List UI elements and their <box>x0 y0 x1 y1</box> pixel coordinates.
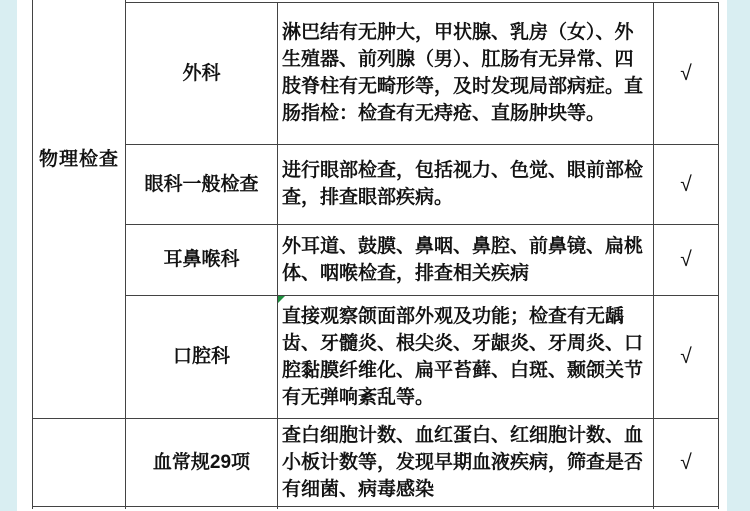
page: 物理检查 外科 淋巴结有无肿大，甲状腺、乳房（女）、外生殖器、前列腺（男）、肛肠… <box>0 0 750 511</box>
checkmark-icon: √ <box>680 62 692 85</box>
table-row-surgery: 外科 淋巴结有无肿大，甲状腺、乳房（女）、外生殖器、前列腺（男）、肛肠有无异常、… <box>33 2 719 144</box>
item-description: 外耳道、鼓膜、鼻咽、鼻腔、前鼻镜、扁桃体、咽喉检查，排查相关疾病 <box>282 236 643 284</box>
item-name: 口腔科 <box>173 346 230 367</box>
checkmark-icon: √ <box>680 345 692 368</box>
exam-items-table: 物理检查 外科 淋巴结有无肿大，甲状腺、乳房（女）、外生殖器、前列腺（男）、肛肠… <box>32 0 719 509</box>
table-row-ent: 耳鼻喉科 外耳道、鼓膜、鼻咽、鼻腔、前鼻镜、扁桃体、咽喉检查，排查相关疾病 √ <box>33 224 719 295</box>
spacer-cell <box>654 506 719 509</box>
item-description-cell: 外耳道、鼓膜、鼻咽、鼻腔、前鼻镜、扁桃体、咽喉检查，排查相关疾病 <box>278 224 654 295</box>
item-check-cell: √ <box>654 295 719 418</box>
category-cell-physical-exam: 物理检查 <box>33 0 126 418</box>
spacer-cell <box>126 506 278 509</box>
item-name: 外科 <box>182 63 220 84</box>
item-check-cell: √ <box>654 418 719 506</box>
spacer-cell <box>33 506 126 509</box>
item-description-cell: 淋巴结有无肿大，甲状腺、乳房（女）、外生殖器、前列腺（男）、肛肠有无异常、四肢脊… <box>278 2 654 144</box>
page-margin-left <box>0 0 17 511</box>
category-label: 物理检查 <box>39 149 119 170</box>
item-description-cell: 进行眼部检查，包括视力、色觉、眼前部检查，排查眼部疾病。 <box>278 144 654 224</box>
item-name-cell: 眼科一般检查 <box>126 144 278 224</box>
item-description-cell: 查白细胞计数、血红蛋白、红细胞计数、血小板计数等，发现早期血液疾病，筛查是否有细… <box>278 418 654 506</box>
checkmark-icon: √ <box>680 451 692 474</box>
item-description: 查白细胞计数、血红蛋白、红细胞计数、血小板计数等，发现早期血液疾病，筛查是否有细… <box>282 425 643 500</box>
item-name: 耳鼻喉科 <box>163 249 239 270</box>
page-margin-right <box>727 0 750 511</box>
cell-corner-marker <box>278 296 285 303</box>
table-bottom-sliver-row <box>33 506 719 509</box>
item-name: 血常规29项 <box>153 452 250 473</box>
table-row-ophthalmology: 眼科一般检查 进行眼部检查，包括视力、色觉、眼前部检查，排查眼部疾病。 √ <box>33 144 719 224</box>
category-cell-next <box>33 418 126 506</box>
item-name-cell: 口腔科 <box>126 295 278 418</box>
table-row-dental: 口腔科 直接观察颌面部外观及功能；检查有无龋齿、牙髓炎、根尖炎、牙龈炎、牙周炎、… <box>33 295 719 418</box>
item-name-cell: 血常规29项 <box>126 418 278 506</box>
table-row-blood-routine: 血常规29项 查白细胞计数、血红蛋白、红细胞计数、血小板计数等，发现早期血液疾病… <box>33 418 719 506</box>
item-name: 眼科一般检查 <box>144 174 258 195</box>
item-check-cell: √ <box>654 224 719 295</box>
item-name-cell: 外科 <box>126 2 278 144</box>
item-name-cell: 耳鼻喉科 <box>126 224 278 295</box>
item-check-cell: √ <box>654 144 719 224</box>
checkmark-icon: √ <box>680 173 692 196</box>
checkmark-icon: √ <box>680 248 692 271</box>
item-description: 直接观察颌面部外观及功能；检查有无龋齿、牙髓炎、根尖炎、牙龈炎、牙周炎、口腔黏膜… <box>282 306 643 408</box>
item-description: 淋巴结有无肿大，甲状腺、乳房（女）、外生殖器、前列腺（男）、肛肠有无异常、四肢脊… <box>282 22 643 124</box>
item-description-cell: 直接观察颌面部外观及功能；检查有无龋齿、牙髓炎、根尖炎、牙龈炎、牙周炎、口腔黏膜… <box>278 295 654 418</box>
spacer-cell <box>278 506 654 509</box>
item-check-cell: √ <box>654 2 719 144</box>
item-description: 进行眼部检查，包括视力、色觉、眼前部检查，排查眼部疾病。 <box>282 160 643 208</box>
